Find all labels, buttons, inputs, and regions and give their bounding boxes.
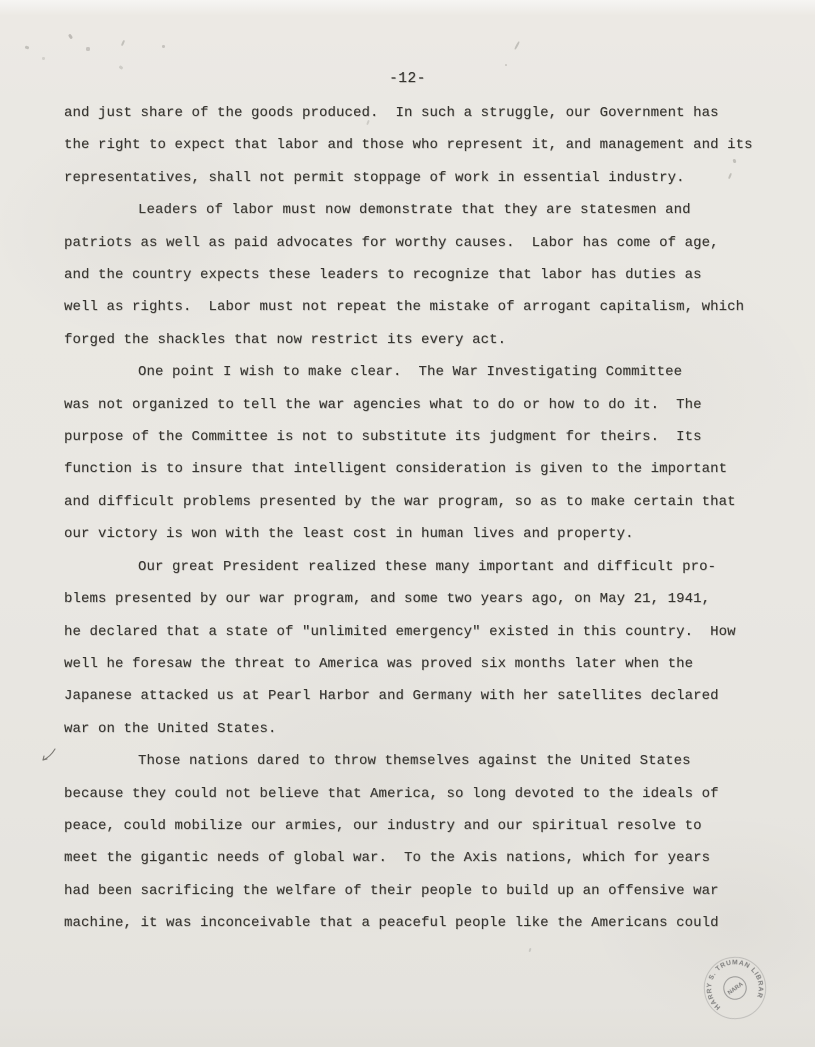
paragraph-1: and just share of the goods produced. In… — [64, 97, 770, 194]
stamp-ring-text: HARRY S. TRUMAN LIBRARY — [698, 951, 767, 1013]
scan-speck — [529, 948, 532, 952]
scan-speck — [514, 41, 520, 50]
scan-speck — [86, 47, 90, 51]
scan-speck — [68, 34, 73, 40]
scan-speck — [505, 64, 507, 66]
pencil-check-icon — [40, 748, 58, 764]
paragraph-3: One point I wish to make clear. The War … — [64, 356, 770, 550]
scan-speck — [42, 57, 45, 60]
scan-speck — [121, 40, 125, 46]
scan-speck — [25, 45, 30, 49]
truman-library-stamp: HARRY S. TRUMAN LIBRARY NARA — [698, 951, 773, 1026]
document-body: and just share of the goods produced. In… — [64, 97, 770, 940]
page-number: -12- — [0, 71, 815, 87]
scan-speck — [162, 45, 165, 48]
scan-speck — [119, 65, 124, 70]
stamp-center-text: NARA — [727, 981, 745, 996]
paragraph-2: Leaders of labor must now demonstrate th… — [64, 194, 770, 356]
paragraph-5: Those nations dared to throw themselves … — [64, 745, 770, 939]
scanned-document-page: -12- and just share of the goods produce… — [0, 0, 815, 1047]
paragraph-4: Our great President realized these many … — [64, 551, 770, 745]
svg-text:HARRY S. TRUMAN LIBRARY: HARRY S. TRUMAN LIBRARY — [698, 951, 767, 1013]
